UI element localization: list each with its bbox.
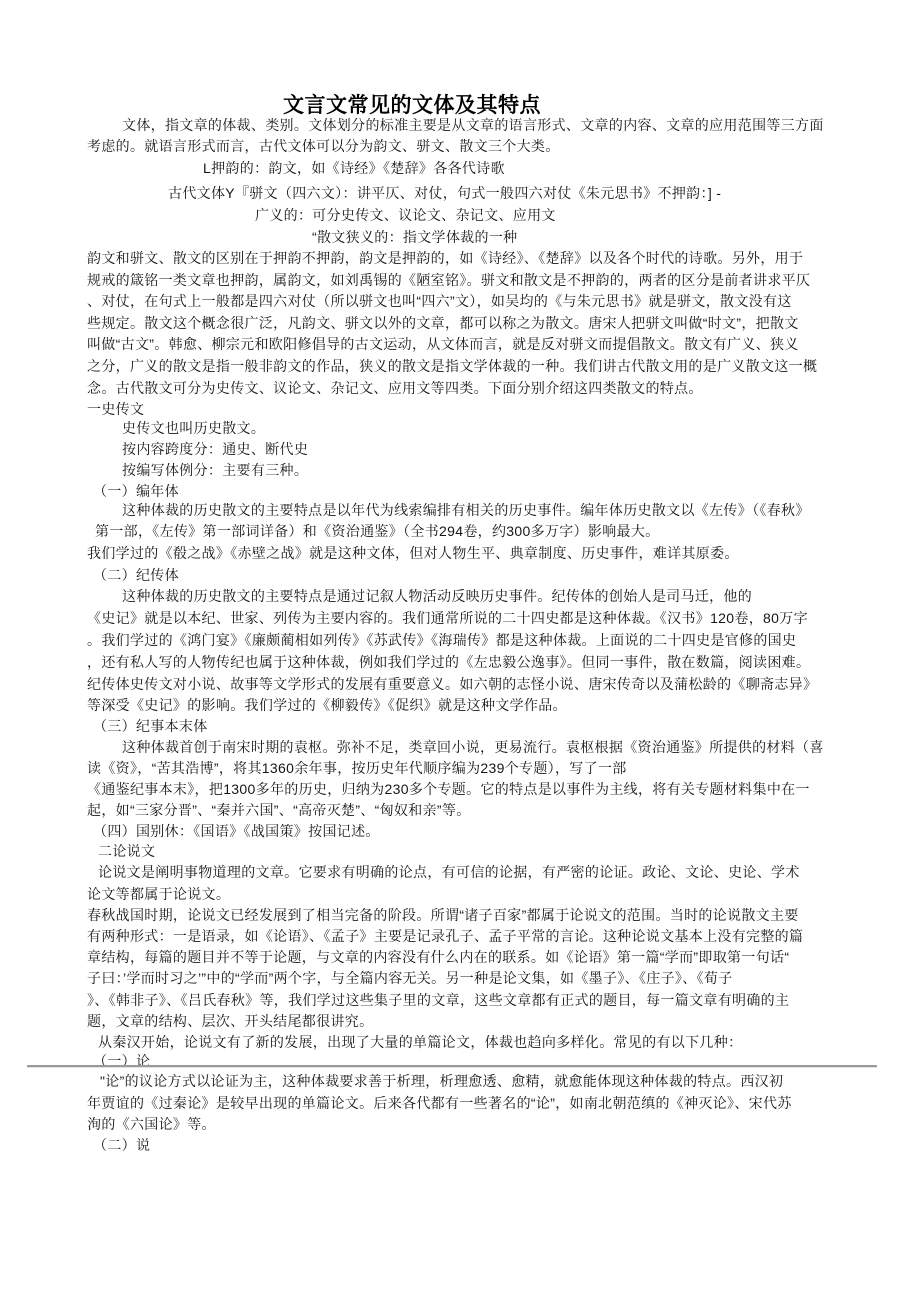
subsection-heading: （四）国别休：《国语》《战国策》按国记述。 xyxy=(93,823,380,840)
text-line: "论”的议论方式以论证为主，这种体裁要求善于析理，析理愈透、愈精，就愈能体现这种… xyxy=(100,1073,783,1090)
section-heading: 二论说文 xyxy=(98,843,155,860)
text-line: 念。古代散文可分为史传文、议论文、杂记文、应用文等四类。下面分别介绍这四类散文的… xyxy=(87,380,703,397)
text-line: 、对仗，在句式上一般都是四六对仗（所以骈文也叫“四六”文），如吴均的《与朱元思书… xyxy=(87,293,792,310)
text-line: 起，如“三家分晋”、“秦并六国”、“高帝灭楚”、“匈奴和亲”等。 xyxy=(87,802,471,819)
horizontal-rule xyxy=(27,1065,877,1068)
subsection-heading: （一）编年体 xyxy=(93,483,179,500)
text-line: 这种体裁首创于南宋时期的袁枢。弥补不足，类章回小说，更易流行。袁枢根据《资治通鉴… xyxy=(122,739,824,756)
text-line: 春秋战国时期，论说文已经发展到了相当完备的阶段。所谓“诸子百家”都属于论说文的范… xyxy=(87,907,799,924)
text-line: 些规定。散文这个概念很广泛，凡韵文、骈文以外的文章，都可以称之为散文。唐宋人把骈… xyxy=(87,315,799,332)
section-heading: 一史传文 xyxy=(87,401,144,418)
text-line: 第一部，《左传》第一部词详备）和《资治通鉴》（全书294卷，约300多万字）影响… xyxy=(95,523,659,540)
text-line: 论文等都属于论说文。 xyxy=(87,886,230,903)
diagram-line: L押韵的：韵文，如《诗经》《楚辞》各各代诗歌 xyxy=(203,160,505,177)
text-line: 规戒的箴铭一类文章也押韵，属韵文，如刘禹锡的《陋室铭》。骈文和散文是不押韵的，两… xyxy=(87,272,810,289)
text-line: 章结构，每篇的题目并不等于论题，与文章的内容没有什么内在的联系。如《论语》第一篇… xyxy=(87,949,789,966)
text-line: 》、《韩非子》、《吕氏春秋》等，我们学过这些集子里的文章，这些文章都有正式的题目… xyxy=(87,992,789,1009)
diagram-line: 古代文体Y『骈文（四六文）：讲平仄、对仗，句式一般四六对仗《朱元思书》不押韵：]… xyxy=(168,185,721,202)
text-line: 叫做“古文”。韩愈、柳宗元和欧阳修倡导的古文运动，从文体而言，就是反对骈文而提倡… xyxy=(87,336,799,353)
text-line: 我们学过的《殽之战》《赤壁之战》就是这种文体，但对人物生平、典章制度、历史事件，… xyxy=(87,545,739,562)
text-line: 文体，指文章的体裁、类别。文体划分的标准主要是从文章的语言形式、文章的内容、文章… xyxy=(122,117,824,134)
text-line: 论说文是阐明事物道理的文章。它要求有明确的论点，有可信的论据，有严密的论证。政论… xyxy=(98,864,800,881)
subsection-heading: （三）纪事本末体 xyxy=(93,718,208,735)
text-line: 这种体裁的历史散文的主要特点是通过记叙人物活动反映历史事件。纪传体的创始人是司马… xyxy=(122,588,752,605)
text-line: 韵文和骈文、散文的区别在于押韵不押韵，韵文是押韵的，如《诗经》、《楚辞》以及各个… xyxy=(87,250,803,267)
text-line: 。我们学过的《鸿门宴》《廉颇蔺相如列传》《苏武传》《海瑞传》都是这种体裁。上面说… xyxy=(87,632,796,649)
text-line: 之分，广义的散文是指一般非韵文的作品，狭义的散文是指文学体裁的一种。我们讲古代散… xyxy=(87,358,817,375)
text-line: 题，文章的结构、层次、开头结尾都很讲究。 xyxy=(87,1013,373,1030)
document-page: 文言文常见的文体及其特点 文体，指文章的体裁、类别。文体划分的标准主要是从文章的… xyxy=(0,0,920,1303)
text-line: 史传文也叫历史散文。 xyxy=(122,420,265,437)
text-line: 考虑的。就语言形式而言，古代文体可以分为韵文、骈文、散文三个大类。 xyxy=(87,138,560,155)
text-line: 子曰：’学而时习之’”中的“学而”两个字，与全篇内容无关。另一种是论文集，如《墨… xyxy=(87,970,733,987)
text-line: 按编写体例分：主要有三种。 xyxy=(122,462,308,479)
subsection-heading: （二）纪传体 xyxy=(93,567,179,584)
diagram-line: “散文狭义的：指文学体裁的一种 xyxy=(312,229,517,246)
text-line: 读《资》，“苦其浩博”，将其1360余年事，按历史年代顺序编为239个专题），写… xyxy=(87,760,627,777)
text-line: 从秦汉开始，论说文有了新的发展，出现了大量的单篇论文，体裁也趋向多样化。常见的有… xyxy=(98,1034,742,1051)
subsection-heading: （二）说 xyxy=(93,1137,150,1154)
diagram-line: 广义的：可分史传文、议论文、杂记文、应用文 xyxy=(255,207,556,224)
text-line: 有两种形式：一是语录，如《论语》、《孟子》主要是记录孔子、孟子平常的言论。这种论… xyxy=(87,928,803,945)
text-line: 等深受《史记》的影响。我们学过的《柳毅传》《促织》就是这种文学作品。 xyxy=(87,697,567,714)
text-line: 纪传体史传文对小说、故事等文学形式的发展有重要意义。如六朝的志怪小说、唐宋传奇以… xyxy=(87,676,817,693)
text-line: 这种体裁的历史散文的主要特点是以年代为线索编排有相关的历史事件。编年体历史散文以… xyxy=(122,502,810,519)
text-line: 《通鉴纪事本末》，把1300多年的历史，归纳为230多个专题。它的特点是以事件为… xyxy=(87,781,810,798)
text-line: 年贾谊的《过秦论》是较早出现的单篇论文。后来各代都有一些著名的“论”，如南北朝范… xyxy=(87,1095,792,1112)
page-title: 文言文常见的文体及其特点 xyxy=(27,89,797,119)
text-line: 洵的《六国论》等。 xyxy=(87,1116,216,1133)
text-line: ，还有私人写的人物传纪也属于这种体裁，例如我们学过的《左忠毅公逸事》。但同一事件… xyxy=(87,654,810,671)
text-line: 按内容跨度分：通史、断代史 xyxy=(122,441,308,458)
text-line: 《史记》就是以本纪、世家、列传为主要内容的。我们通常所说的二十四史都是这种体裁。… xyxy=(87,610,808,627)
